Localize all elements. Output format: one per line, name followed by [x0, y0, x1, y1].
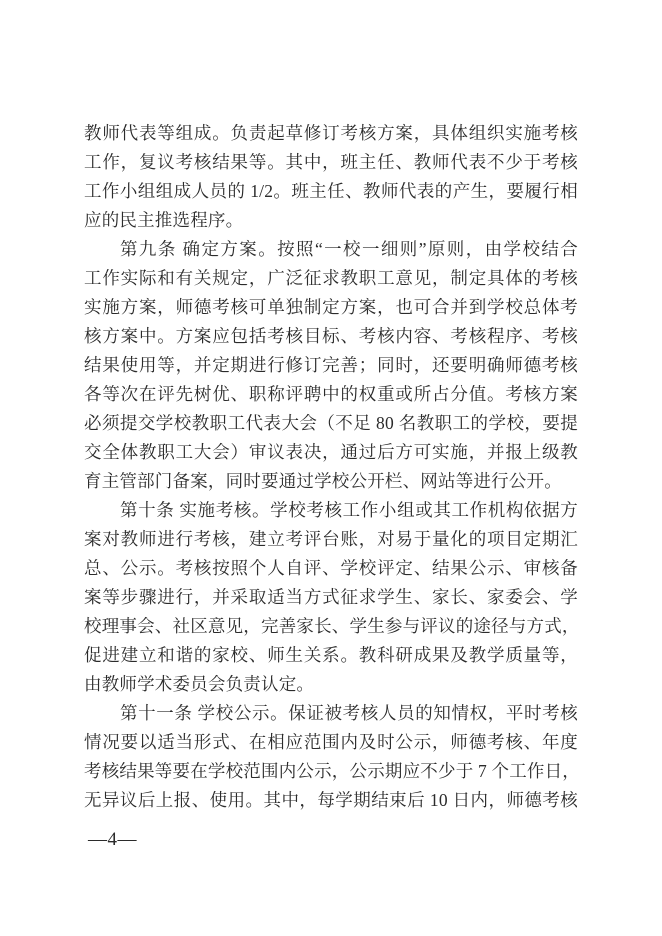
text-line: 结果使用等，并定期进行修订完善；同时，还要明确师德考核: [84, 351, 578, 380]
text-line: 第十条 实施考核。学校考核工作小组或其工作机构依据方: [84, 496, 578, 525]
paragraph-article-10: 第十条 实施考核。学校考核工作小组或其工作机构依据方 案对教师进行考核，建立考评…: [84, 496, 578, 699]
text-line: 工作，复议考核结果等。其中，班主任、教师代表不少于考核: [84, 148, 578, 177]
text-line: 核方案中。方案应包括考核目标、考核内容、考核程序、考核: [84, 322, 578, 351]
paragraph-continuation: 教师代表等组成。负责起草修订考核方案，具体组织实施考核 工作，复议考核结果等。其…: [84, 119, 578, 235]
text-line: 由教师学术委员会负责认定。: [84, 670, 578, 699]
text-line: 考核结果等要在学校范围内公示，公示期应不少于 7 个工作日，: [84, 757, 578, 786]
text-line: 应的民主推选程序。: [84, 206, 578, 235]
text-line: 必须提交学校教职工代表大会（不足 80 名教职工的学校，要提: [84, 409, 578, 438]
text-line: 无异议后上报、使用。其中，每学期结束后 10 日内，师德考核: [84, 786, 578, 815]
text-line: 促进建立和谐的家校、师生关系。教科研成果及教学质量等，: [84, 641, 578, 670]
text-line: 实施方案，师德考核可单独制定方案，也可合并到学校总体考: [84, 293, 578, 322]
text-line: 校理事会、社区意见，完善家长、学生参与评议的途径与方式，: [84, 612, 578, 641]
document-text: 教师代表等组成。负责起草修订考核方案，具体组织实施考核 工作，复议考核结果等。其…: [84, 119, 578, 815]
text-line: 总、公示。考核按照个人自评、学校评定、结果公示、审核备: [84, 554, 578, 583]
text-line: 育主管部门备案，同时要通过学校公开栏、网站等进行公开。: [84, 467, 578, 496]
document-page: 教师代表等组成。负责起草修订考核方案，具体组织实施考核 工作，复议考核结果等。其…: [0, 0, 662, 936]
page-number: —4—: [88, 829, 137, 851]
text-line: 案对教师进行考核，建立考评台账，对易于量化的项目定期汇: [84, 525, 578, 554]
text-line: 情况要以适当形式、在相应范围内及时公示，师德考核、年度: [84, 728, 578, 757]
text-line: 案等步骤进行，并采取适当方式征求学生、家长、家委会、学: [84, 583, 578, 612]
text-line: 第九条 确定方案。按照“一校一细则”原则，由学校结合: [84, 235, 578, 264]
text-line: 各等次在评先树优、职称评聘中的权重或所占分值。考核方案: [84, 380, 578, 409]
paragraph-article-9: 第九条 确定方案。按照“一校一细则”原则，由学校结合 工作实际和有关规定，广泛征…: [84, 235, 578, 496]
text-line: 教师代表等组成。负责起草修订考核方案，具体组织实施考核: [84, 119, 578, 148]
text-line: 工作实际和有关规定，广泛征求教职工意见，制定具体的考核: [84, 264, 578, 293]
text-line: 第十一条 学校公示。保证被考核人员的知情权，平时考核: [84, 699, 578, 728]
text-line: 交全体教职工大会）审议表决，通过后方可实施，并报上级教: [84, 438, 578, 467]
text-line: 工作小组组成人员的 1/2。班主任、教师代表的产生，要履行相: [84, 177, 578, 206]
paragraph-article-11: 第十一条 学校公示。保证被考核人员的知情权，平时考核 情况要以适当形式、在相应范…: [84, 699, 578, 815]
